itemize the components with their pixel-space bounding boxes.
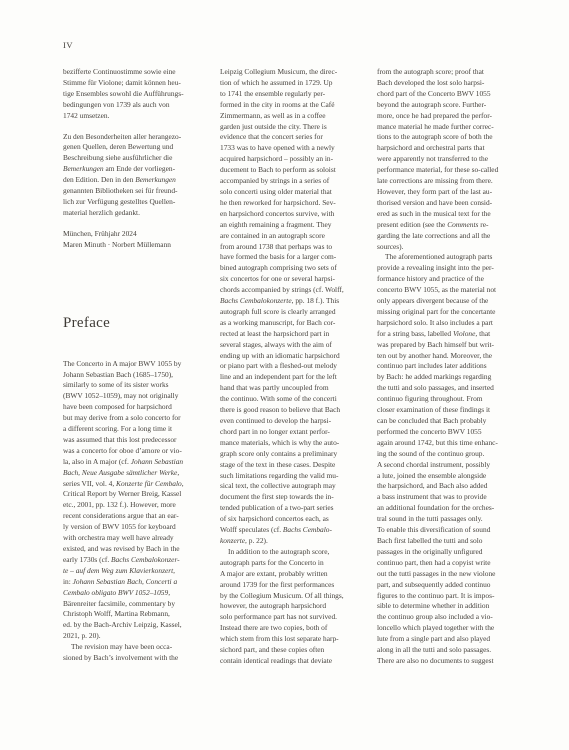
- paragraph: München, Frühjahr 2024 Maren Minuth · No…: [63, 229, 196, 251]
- paragraph: bezifferte Continuostimme sowie eine Sti…: [63, 67, 196, 122]
- spacer: [63, 122, 196, 132]
- text-run: In addition to the autograph score, auto…: [220, 547, 344, 665]
- text-run: , Critical Report by Werner Breig, Kasse…: [63, 479, 184, 564]
- text-run: The Concerto in A major BWV 1055 by Joha…: [63, 359, 182, 466]
- preface-page: IV bezifferte Continuostimme sowie eine …: [0, 0, 569, 750]
- italic-run: Comments: [447, 220, 478, 229]
- paragraph: Zu den Besonderheiten aller herangezo- g…: [63, 132, 196, 219]
- spacer: [63, 251, 196, 313]
- paragraph: Leipzig Collegium Musicum, the direc- ti…: [220, 67, 353, 547]
- preface-heading: Preface: [63, 313, 196, 333]
- spacer: [63, 333, 196, 359]
- text-columns: bezifferte Continuostimme sowie eine Sti…: [63, 67, 509, 667]
- paragraph: from the autograph score; proof that Bac…: [377, 67, 510, 252]
- italic-run: Bachs Cembalokonzerte: [220, 296, 292, 305]
- text-column-2: Leipzig Collegium Musicum, the direc- ti…: [220, 67, 353, 667]
- italic-run: Violone: [453, 329, 475, 338]
- italic-run: Konzerte für Cembalo: [116, 479, 182, 488]
- paragraph: The revision may have been occa- sioned …: [63, 642, 196, 664]
- text-run: genannten Bibliotheken sei für freund- l…: [63, 186, 178, 217]
- text-run: , pp. 18 f.). This autograph full score …: [220, 296, 340, 534]
- text-run: München, Frühjahr 2024 Maren Minuth · No…: [63, 229, 171, 249]
- text-run: Zu den Besonderheiten aller herangezo- g…: [63, 132, 181, 163]
- text-column-3: from the autograph score; proof that Bac…: [377, 67, 510, 667]
- text-run: , that was prepared by Bach himself but …: [377, 329, 498, 665]
- paragraph: The aforementioned autograph parts provi…: [377, 252, 510, 666]
- text-column-1: bezifferte Continuostimme sowie eine Sti…: [63, 67, 196, 667]
- text-run: Leipzig Collegium Musicum, the direc- ti…: [220, 67, 344, 294]
- text-run: from the autograph score; proof that Bac…: [377, 67, 498, 229]
- paragraph: In addition to the autograph score, auto…: [220, 547, 353, 667]
- text-run: bezifferte Continuostimme sowie eine Sti…: [63, 67, 184, 120]
- italic-run: Bemerkungen: [135, 175, 176, 184]
- italic-run: Bemerkungen: [63, 164, 104, 173]
- text-run: The aforementioned autograph parts provi…: [377, 252, 496, 337]
- spacer: [63, 219, 196, 229]
- text-run: The revision may have been occa- sioned …: [63, 642, 178, 662]
- paragraph: The Concerto in A major BWV 1055 by Joha…: [63, 359, 196, 643]
- page-number: IV: [63, 40, 73, 50]
- text-run: , p. 22).: [245, 536, 268, 545]
- italic-run: Johann Sebastian Bach, Concerti a Cembal…: [63, 577, 177, 597]
